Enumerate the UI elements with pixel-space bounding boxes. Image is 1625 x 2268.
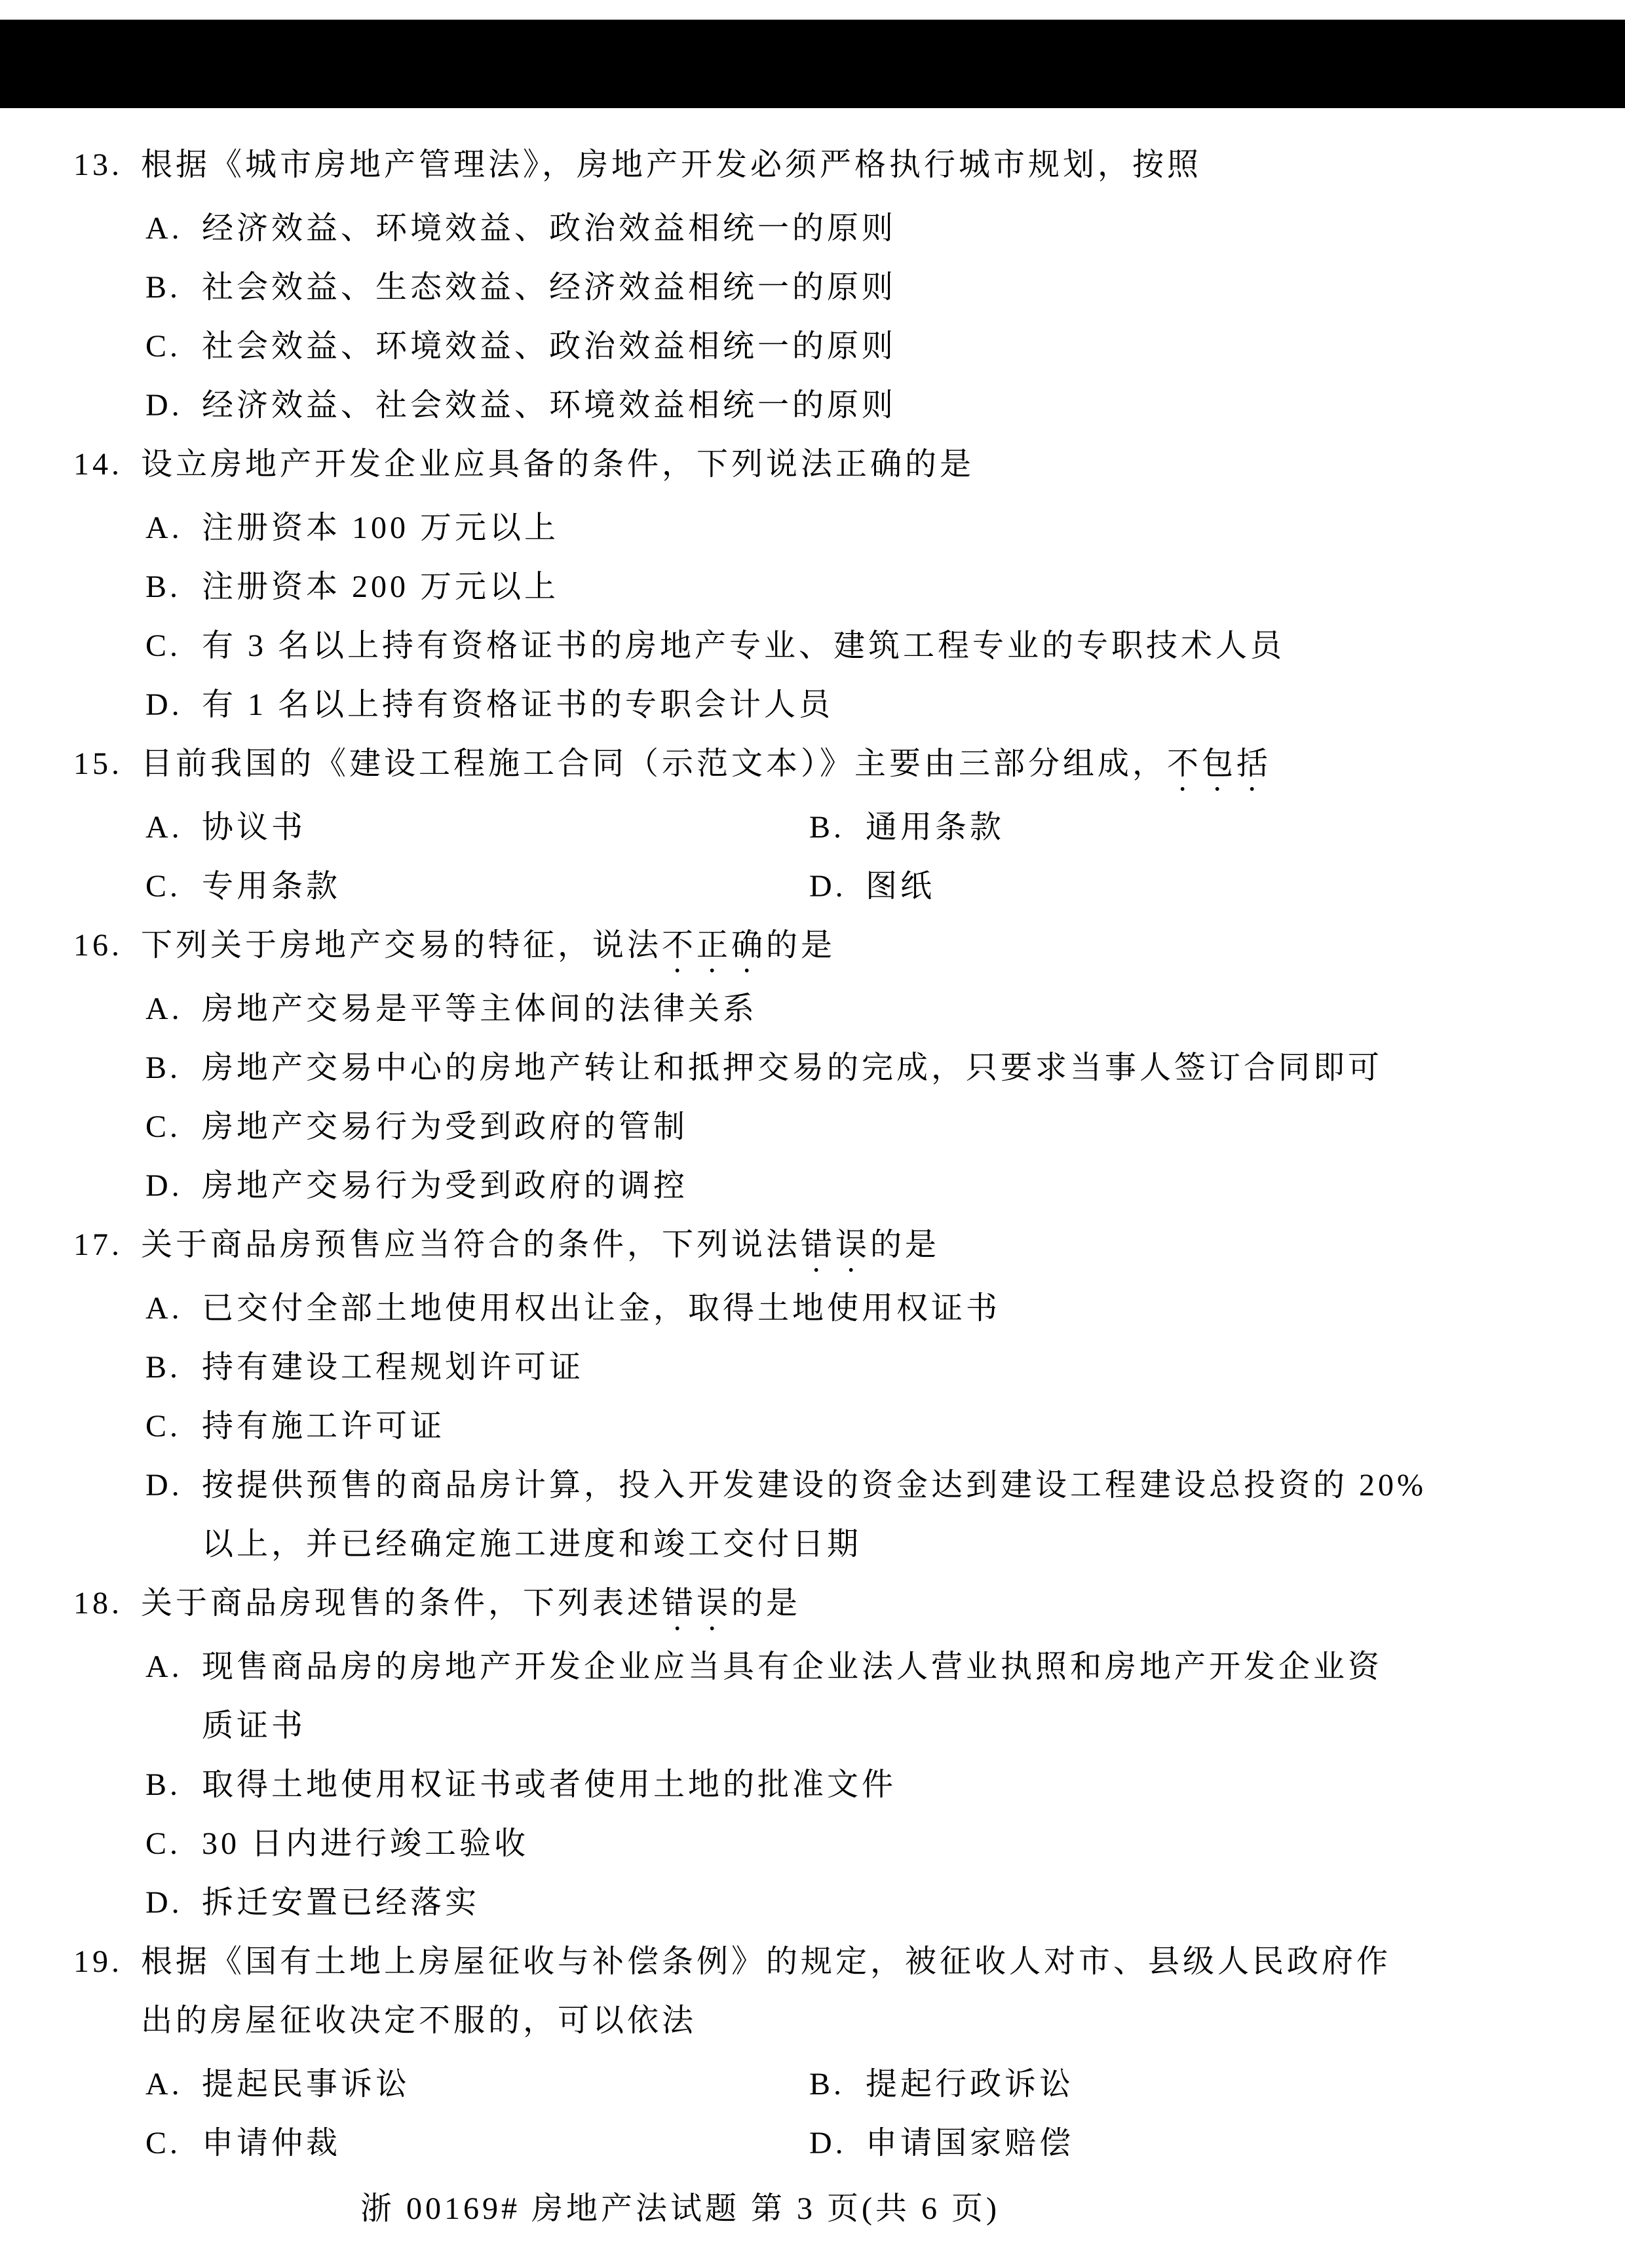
question-19: 19. 根据《国有土地上房屋征收与补偿条例》的规定，被征收人对市、县级人民政府作…: [73, 1932, 1567, 2173]
question-15: 15. 目前我国的《建设工程施工合同（示范文本）》主要由三部分组成，不包括 A.…: [73, 735, 1567, 916]
option-c: C. 专用条款: [145, 857, 809, 916]
option-d: D. 图纸: [809, 857, 935, 916]
option-d: D. 按提供预售的商品房计算，投入开发建设的资金达到建设工程建设总投资的 20%…: [73, 1456, 1567, 1574]
option-label: D.: [145, 1157, 202, 1216]
option-label: B.: [145, 1338, 202, 1397]
option-text: 取得土地使用权证书或者使用土地的批准文件: [202, 1756, 896, 1815]
option-label: B.: [145, 558, 202, 617]
question-number: 14.: [73, 435, 141, 494]
question-14: 14. 设立房地产开发企业应具备的条件，下列说法正确的是 A. 注册资本 100…: [73, 435, 1567, 735]
option-a: A. 提起民事诉讼: [145, 2055, 809, 2114]
option-text: 房地产交易中心的房地产转让和抵押交易的完成，只要求当事人签订合同即可: [202, 1039, 1383, 1098]
option-text: 有 3 名以上持有资格证书的房地产专业、建筑工程专业的专职技术人员: [202, 617, 1285, 676]
option-a: A. 现售商品房的房地产开发企业应当具有企业法人营业执照和房地产开发企业资质证书: [73, 1638, 1567, 1756]
question-number: 16.: [73, 916, 141, 975]
option-label: C.: [145, 857, 202, 916]
option-label: D.: [145, 1874, 202, 1932]
option-text: 申请国家赔偿: [866, 2114, 1074, 2173]
option-label: D.: [145, 376, 202, 435]
question-stem: 关于商品房现售的条件，下列表述错误的是: [141, 1574, 801, 1638]
option-c: C. 30 日内进行竣工验收: [73, 1815, 1567, 1874]
question-stem: 根据《国有土地上房屋征收与补偿条例》的规定，被征收人对市、县级人民政府作出的房屋…: [141, 1932, 1405, 2055]
option-text: 图纸: [866, 857, 935, 916]
option-row: C. 专用条款 D. 图纸: [73, 857, 1567, 916]
option-text: 按提供预售的商品房计算，投入开发建设的资金达到建设工程建设总投资的 20% 以上…: [202, 1456, 1447, 1574]
option-text: 30 日内进行竣工验收: [202, 1815, 529, 1874]
option-a: A. 经济效益、环境效益、政治效益相统一的原则: [73, 199, 1567, 258]
question-stem: 下列关于房地产交易的特征，说法不正确的是: [141, 916, 835, 980]
option-label: C.: [145, 1815, 202, 1874]
option-a: A. 房地产交易是平等主体间的法律关系: [73, 980, 1567, 1039]
option-label: A.: [145, 1638, 202, 1697]
option-c: C. 有 3 名以上持有资格证书的房地产专业、建筑工程专业的专职技术人员: [73, 617, 1567, 676]
option-text: 房地产交易是平等主体间的法律关系: [202, 980, 757, 1039]
option-text: 专用条款: [202, 857, 341, 916]
option-text: 通用条款: [866, 798, 1004, 857]
option-b: B. 取得土地使用权证书或者使用土地的批准文件: [73, 1756, 1567, 1815]
exam-page-body: 13. 根据《城市房地产管理法》，房地产开发必须严格执行城市规划，按照 A. 经…: [73, 136, 1567, 2239]
option-text: 持有施工许可证: [202, 1397, 445, 1456]
option-text: 申请仲裁: [202, 2114, 341, 2173]
option-label: B.: [809, 798, 866, 857]
question-16: 16. 下列关于房地产交易的特征，说法不正确的是 A. 房地产交易是平等主体间的…: [73, 916, 1567, 1216]
question-13: 13. 根据《城市房地产管理法》，房地产开发必须严格执行城市规划，按照 A. 经…: [73, 136, 1567, 435]
question-number: 13.: [73, 136, 141, 195]
option-text: 提起行政诉讼: [866, 2055, 1074, 2114]
option-label: C.: [145, 1397, 202, 1456]
option-label: D.: [809, 2114, 866, 2173]
option-c: C. 房地产交易行为受到政府的管制: [73, 1098, 1567, 1157]
option-label: A.: [145, 798, 202, 857]
option-b: B. 提起行政诉讼: [809, 2055, 1074, 2114]
option-text: 社会效益、生态效益、经济效益相统一的原则: [202, 258, 896, 317]
option-text: 经济效益、社会效益、环境效益相统一的原则: [202, 376, 896, 435]
option-label: D.: [809, 857, 866, 916]
option-b: B. 通用条款: [809, 798, 1004, 857]
page-footer: 浙 00169# 房地产法试题 第 3 页(共 6 页): [73, 2180, 1567, 2239]
option-label: A.: [145, 2055, 202, 2114]
question-stem: 设立房地产开发企业应具备的条件，下列说法正确的是: [141, 435, 974, 499]
question-17: 17. 关于商品房预售应当符合的条件，下列说法错误的是 A. 已交付全部土地使用…: [73, 1216, 1567, 1574]
option-label: C.: [145, 2114, 202, 2173]
option-label: A.: [145, 199, 202, 258]
option-text: 持有建设工程规划许可证: [202, 1338, 584, 1397]
option-label: A.: [145, 980, 202, 1039]
question-stem: 目前我国的《建设工程施工合同（示范文本）》主要由三部分组成，不包括: [141, 735, 1271, 798]
option-b: B. 房地产交易中心的房地产转让和抵押交易的完成，只要求当事人签订合同即可: [73, 1039, 1567, 1098]
option-row: C. 申请仲裁 D. 申请国家赔偿: [73, 2114, 1567, 2173]
emphasized-text: 错误: [801, 1227, 870, 1262]
option-d: D. 房地产交易行为受到政府的调控: [73, 1157, 1567, 1216]
option-d: D. 申请国家赔偿: [809, 2114, 1074, 2173]
option-a: A. 已交付全部土地使用权出让金，取得土地使用权证书: [73, 1279, 1567, 1338]
option-a: A. 协议书: [145, 798, 809, 857]
option-label: A.: [145, 499, 202, 558]
option-text: 已交付全部土地使用权出让金，取得土地使用权证书: [202, 1279, 1001, 1338]
option-text: 房地产交易行为受到政府的管制: [202, 1098, 688, 1157]
question-stem: 关于商品房预售应当符合的条件，下列说法错误的是: [141, 1216, 940, 1279]
emphasized-text: 不包括: [1167, 746, 1271, 781]
option-text: 现售商品房的房地产开发企业应当具有企业法人营业执照和房地产开发企业资质证书: [202, 1638, 1394, 1756]
emphasized-text: 不正确: [662, 928, 766, 963]
question-number: 17.: [73, 1216, 141, 1275]
question-number: 15.: [73, 735, 141, 794]
option-label: C.: [145, 1098, 202, 1157]
option-text: 协议书: [202, 798, 306, 857]
option-label: B.: [145, 1756, 202, 1815]
option-text: 提起民事诉讼: [202, 2055, 410, 2114]
option-d: D. 有 1 名以上持有资格证书的专职会计人员: [73, 676, 1567, 735]
option-b: B. 社会效益、生态效益、经济效益相统一的原则: [73, 258, 1567, 317]
option-b: B. 注册资本 200 万元以上: [73, 558, 1567, 617]
option-d: D. 拆迁安置已经落实: [73, 1874, 1567, 1932]
question-stem: 根据《城市房地产管理法》，房地产开发必须严格执行城市规划，按照: [141, 136, 1202, 199]
question-number: 18.: [73, 1574, 141, 1633]
option-text: 拆迁安置已经落实: [202, 1874, 480, 1932]
option-row: A. 协议书 B. 通用条款: [73, 798, 1567, 857]
option-label: D.: [145, 676, 202, 735]
option-label: D.: [145, 1456, 202, 1515]
option-text: 注册资本 200 万元以上: [202, 558, 559, 617]
option-text: 有 1 名以上持有资格证书的专职会计人员: [202, 676, 833, 735]
option-d: D. 经济效益、社会效益、环境效益相统一的原则: [73, 376, 1567, 435]
option-c: C. 社会效益、环境效益、政治效益相统一的原则: [73, 317, 1567, 376]
scan-top-bar: [0, 20, 1625, 108]
option-text: 社会效益、环境效益、政治效益相统一的原则: [202, 317, 896, 376]
option-a: A. 注册资本 100 万元以上: [73, 499, 1567, 558]
emphasized-text: 错误: [662, 1586, 731, 1621]
option-c: C. 持有施工许可证: [73, 1397, 1567, 1456]
option-text: 房地产交易行为受到政府的调控: [202, 1157, 688, 1216]
option-text: 经济效益、环境效益、政治效益相统一的原则: [202, 199, 896, 258]
option-label: B.: [145, 1039, 202, 1098]
option-label: B.: [145, 258, 202, 317]
option-b: B. 持有建设工程规划许可证: [73, 1338, 1567, 1397]
option-label: B.: [809, 2055, 866, 2114]
option-c: C. 申请仲裁: [145, 2114, 809, 2173]
question-number: 19.: [73, 1932, 141, 1991]
option-label: C.: [145, 317, 202, 376]
option-text: 注册资本 100 万元以上: [202, 499, 559, 558]
option-label: C.: [145, 617, 202, 676]
question-18: 18. 关于商品房现售的条件，下列表述错误的是 A. 现售商品房的房地产开发企业…: [73, 1574, 1567, 1932]
option-label: A.: [145, 1279, 202, 1338]
option-row: A. 提起民事诉讼 B. 提起行政诉讼: [73, 2055, 1567, 2114]
